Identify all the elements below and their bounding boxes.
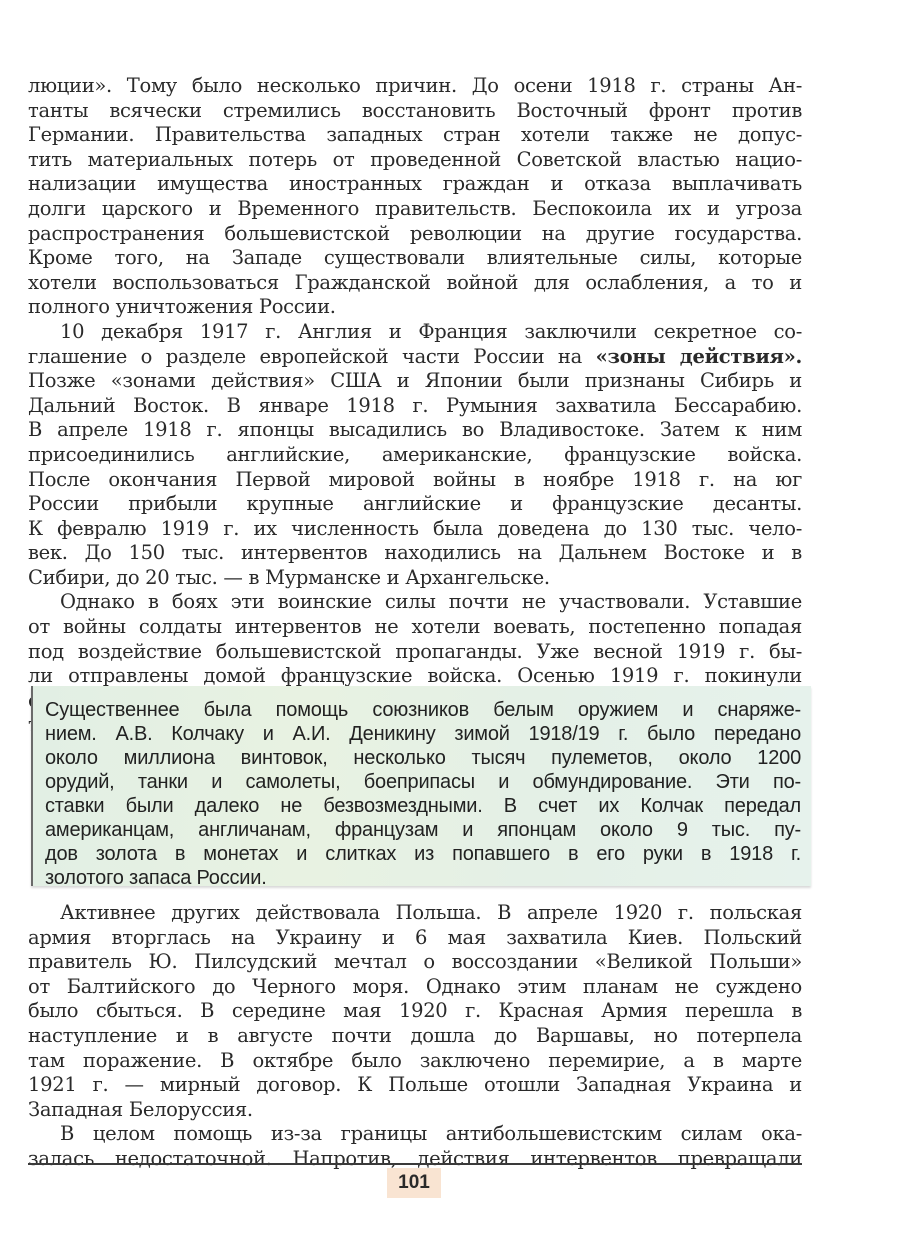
text-line: люции». Тому было несколько причин. До о… <box>28 74 802 99</box>
text-line: распространения большевистской революции… <box>28 222 802 247</box>
main-text-lower: Активнее других действовала Польша. В ап… <box>28 901 802 1172</box>
text-line: полного уничтожения России. <box>28 295 802 320</box>
text-line: ставки были далеко не безвозмездными. В … <box>45 794 801 818</box>
callout-box-allied-aid: Существеннее была помощь союзников белым… <box>31 686 811 886</box>
text-line: армия вторглась на Украину и 6 мая захва… <box>28 926 802 951</box>
text-line: В целом помощь из-за границы антибольшев… <box>28 1122 802 1147</box>
text-line: наступление и в августе почти дошла до В… <box>28 1024 802 1049</box>
text-line: Дальний Восток. В январе 1918 г. Румыния… <box>28 394 802 419</box>
text-line: дов золота в монетах и слитках из попавш… <box>45 842 801 866</box>
text-line: было сбыться. В середине мая 1920 г. Кра… <box>28 999 802 1024</box>
main-text-upper: люции». Тому было несколько причин. До о… <box>28 74 802 738</box>
text-line: американцам, англичанам, французам и япо… <box>45 818 801 842</box>
text-line: от Балтийского до Черного моря. Однако э… <box>28 975 802 1000</box>
text-line: Германии. Правительства западных стран х… <box>28 123 802 148</box>
term-zones-of-action: «зоны действия». <box>596 345 802 368</box>
text-line: После окончания Первой мировой войны в н… <box>28 468 802 493</box>
text-line: золотого запаса России. <box>45 866 801 890</box>
text-line: век. До 150 тыс. интервентов находились … <box>28 541 802 566</box>
text-line: хотели воспользоваться Гражданской войно… <box>28 271 802 296</box>
text-line: долги царского и Временного правительств… <box>28 197 802 222</box>
text-line: нализации имущества иностранных граждан … <box>28 172 802 197</box>
page-number: 101 <box>387 1168 441 1198</box>
text-line: Активнее других действовала Польша. В ап… <box>28 901 802 926</box>
text-line: Сибири, до 20 тыс. — в Мурманске и Архан… <box>28 566 802 591</box>
text-line: 10 декабря 1917 г. Англия и Франция закл… <box>28 320 802 345</box>
text-line: орудий, танки и самолеты, боеприпасы и о… <box>45 770 801 794</box>
text-line: от войны солдаты интервентов не хотели в… <box>28 615 802 640</box>
footer-divider <box>28 1163 802 1165</box>
text-line: России прибыли крупные английские и фран… <box>28 492 802 517</box>
text-line: глашение о разделе европейской части Рос… <box>28 345 802 370</box>
text-line: Позже «зонами действия» США и Японии был… <box>28 369 802 394</box>
text-line: под воздействие большевистской пропаганд… <box>28 640 802 665</box>
text-line: там поражение. В октябре было заключено … <box>28 1049 802 1074</box>
paragraph-causes: люции». Тому было несколько причин. До о… <box>28 74 802 320</box>
text-line: Однако в боях эти воинские силы почти не… <box>28 590 802 615</box>
callout-text: Существеннее была помощь союзников белым… <box>45 698 801 890</box>
paragraph-zones-of-action: 10 декабря 1917 г. Англия и Франция закл… <box>28 320 802 591</box>
text-fragment: глашение о разделе европейской части Рос… <box>28 345 596 368</box>
text-line: Западная Белоруссия. <box>28 1098 802 1123</box>
text-line: нием. А.В. Колчаку и А.И. Деникину зимой… <box>45 722 801 746</box>
text-line: около миллиона винтовок, несколько тысяч… <box>45 746 801 770</box>
text-line: Существеннее была помощь союзников белым… <box>45 698 801 722</box>
text-line: присоединились английские, американские,… <box>28 443 802 468</box>
text-line: правитель Ю. Пилсудский мечтал о воссозд… <box>28 950 802 975</box>
text-line: танты всячески стремились восстановить В… <box>28 99 802 124</box>
text-line: тить материальных потерь от проведенной … <box>28 148 802 173</box>
text-line: 1921 г. — мирный договор. К Польше отошл… <box>28 1073 802 1098</box>
text-line: К февралю 1919 г. их численность была до… <box>28 517 802 542</box>
paragraph-poland: Активнее других действовала Польша. В ап… <box>28 901 802 1122</box>
text-line: В апреле 1918 г. японцы высадились во Вл… <box>28 418 802 443</box>
text-line: Кроме того, на Западе существовали влият… <box>28 246 802 271</box>
